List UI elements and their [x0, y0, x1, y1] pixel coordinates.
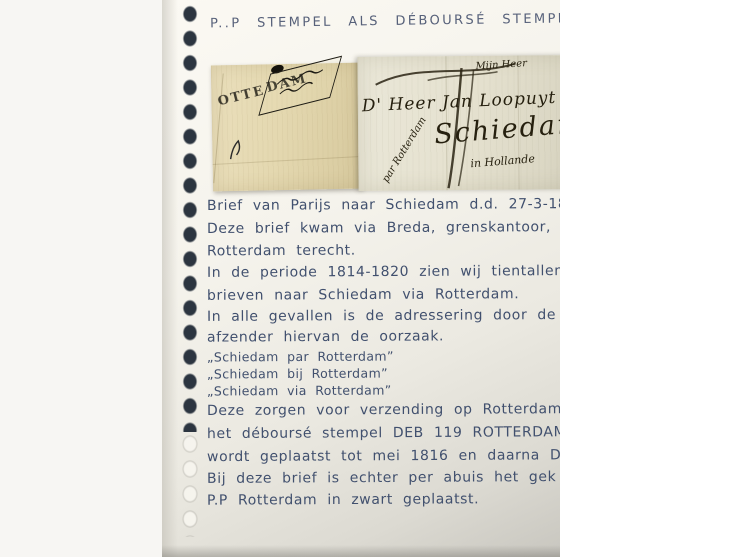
cover-left: OTTE DAM — [211, 63, 363, 192]
note-line: Deze zorgen voor verzending op Rotterdam… — [207, 401, 560, 419]
binder-holes-faded — [182, 432, 199, 537]
note-line: In alle gevallen is de adressering door … — [207, 307, 556, 325]
note-line-quoted: „Schiedam bij Rotterdam” — [207, 366, 388, 382]
note-line: afzender hiervan de oorzaak. — [207, 328, 444, 345]
note-line-quoted: „Schiedam par Rotterdam” — [207, 349, 394, 365]
note-line: brieven naar Schiedam via Rotterdam. — [207, 286, 519, 304]
note-line: Rotterdam terecht. — [207, 243, 356, 260]
framed-script-postmark — [258, 56, 342, 116]
note-line: Brief van Parijs naar Schiedam d.d. 27-3… — [207, 196, 560, 214]
note-line: wordt geplaatst tot mei 1816 en daarna D… — [207, 447, 560, 465]
rotterdam-postmark-part1: OTTE — [216, 83, 266, 109]
paper-crease — [213, 73, 223, 183]
cover-right: Mijn Heer D' Heer Jan Loopuyt Schiedam i… — [357, 55, 560, 191]
note-line: In de periode 1814-1820 zien wij tiental… — [207, 263, 560, 281]
pen-stroke-icon — [226, 137, 246, 163]
note-line: Bij deze brief is echter per abuis het g… — [207, 469, 556, 487]
note-line-quoted: „Schiedam via Rotterdam” — [207, 383, 392, 399]
note-line: het déboursé stempel DEB 119 ROTTERDAM i… — [207, 424, 560, 442]
screenshot-canvas: P..P STEMPEL ALS DÉBOURSÉ STEMPEL . OTTE… — [0, 0, 740, 557]
note-line: P.P Rotterdam in zwart geplaatst. — [207, 491, 479, 508]
binder-holes — [182, 2, 199, 432]
album-photo: P..P STEMPEL ALS DÉBOURSÉ STEMPEL . OTTE… — [0, 0, 560, 557]
note-line: Deze brief kwam via Breda, grenskantoor,… — [207, 219, 560, 237]
